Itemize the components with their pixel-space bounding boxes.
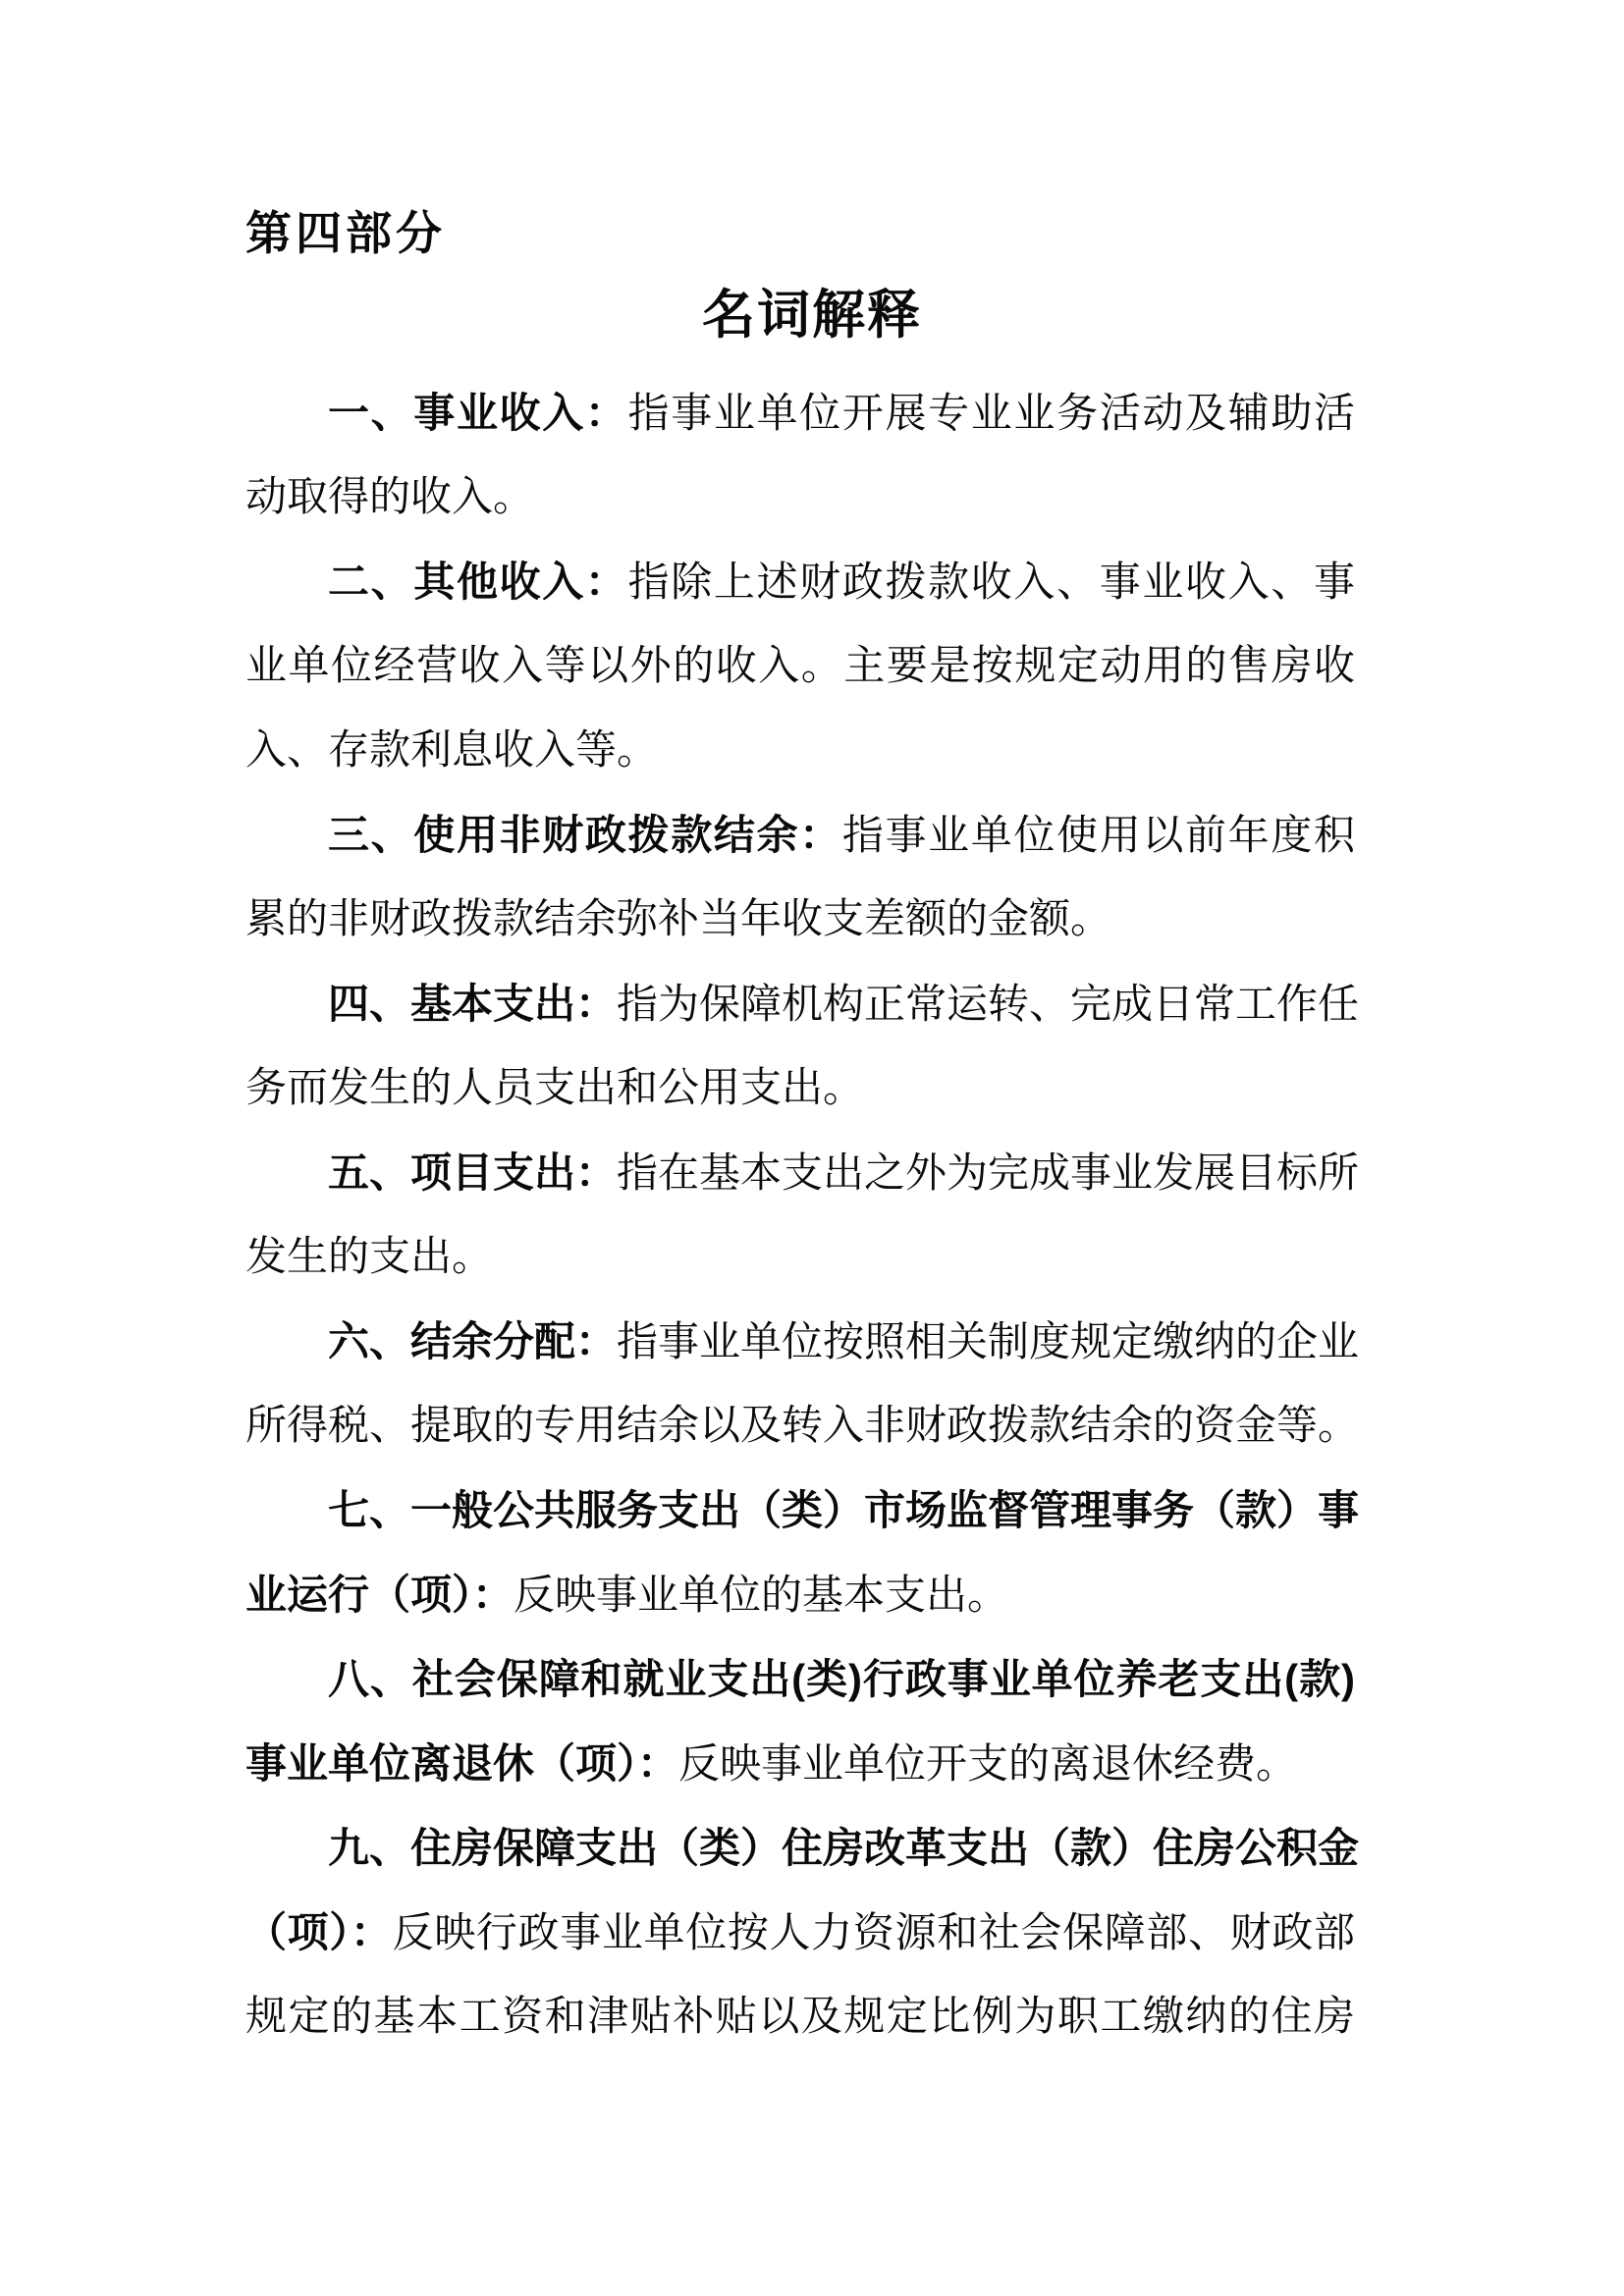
text-line: 七、一般公共服务支出（类）市场监督管理事务（款）事 <box>245 1468 1355 1553</box>
text-line: 入、存款利息收入等。 <box>245 709 1355 793</box>
term-text: 三、使用非财政拨款结余： <box>328 812 842 858</box>
definition-text: 入、存款利息收入等。 <box>245 728 658 774</box>
term-text: 八、社会保障和就业支出(类)行政事业单位养老支出(款) <box>328 1656 1355 1702</box>
definition-text: 指事业单位按照相关制度规定缴纳的企业 <box>617 1320 1359 1365</box>
text-line: 九、住房保障支出（类）住房改革支出（款）住房公积金 <box>245 1806 1355 1891</box>
text-line: 规定的基本工资和津贴补贴以及规定比例为职工缴纳的住房 <box>245 1975 1355 2059</box>
text-line: 一、事业收入：指事业单位开展专业业务活动及辅助活 <box>245 371 1355 455</box>
term-text: 一、事业收入： <box>328 390 628 436</box>
document-page: 第四部分 名词解释 一、事业收入：指事业单位开展专业业务活动及辅助活动取得的收入… <box>0 0 1624 2296</box>
term-text: 九、住房保障支出（类）住房改革支出（款）住房公积金 <box>328 1825 1359 1871</box>
text-line: 五、项目支出：指在基本支出之外为完成事业发展目标所 <box>245 1131 1355 1215</box>
document-title: 名词解释 <box>0 289 1624 342</box>
body-text: 一、事业收入：指事业单位开展专业业务活动及辅助活动取得的收入。二、其他收入：指除… <box>245 371 1355 2059</box>
definition-text: 所得税、提取的专用结余以及转入非财政拨款结余的资金等。 <box>245 1404 1359 1449</box>
definition-text: 业单位经营收入等以外的收入。主要是按规定动用的售房收 <box>245 644 1355 689</box>
definition-text: 反映事业单位开支的离退休经费。 <box>678 1742 1297 1788</box>
definition-text: 累的非财政拨款结余弥补当年收支差额的金额。 <box>245 897 1111 942</box>
term-text: 七、一般公共服务支出（类）市场监督管理事务（款）事 <box>328 1487 1359 1533</box>
definition-text: 指除上述财政拨款收入、事业收入、事 <box>628 561 1355 606</box>
term-text: 业运行（项）： <box>245 1572 514 1618</box>
text-line: 事业单位离退休（项）：反映事业单位开支的离退休经费。 <box>245 1722 1355 1806</box>
text-line: 二、其他收入：指除上述财政拨款收入、事业收入、事 <box>245 540 1355 624</box>
definition-text: 反映事业单位的基本支出。 <box>514 1574 1008 1619</box>
section-heading: 第四部分 <box>245 212 446 258</box>
definition-text: 指在基本支出之外为完成事业发展目标所 <box>617 1151 1359 1197</box>
text-line: 八、社会保障和就业支出(类)行政事业单位养老支出(款) <box>245 1637 1355 1722</box>
definition-text: 指为保障机构正常运转、完成日常工作任 <box>617 983 1359 1028</box>
text-line: 累的非财政拨款结余弥补当年收支差额的金额。 <box>245 878 1355 962</box>
definition-text: 指事业单位使用以前年度积 <box>842 814 1355 859</box>
definition-text: 指事业单位开展专业业务活动及辅助活 <box>628 392 1355 437</box>
term-text: 六、结余分配： <box>328 1318 617 1364</box>
term-text: 五、项目支出： <box>328 1149 617 1196</box>
text-line: 所得税、提取的专用结余以及转入非财政拨款结余的资金等。 <box>245 1384 1355 1468</box>
text-line: 六、结余分配：指事业单位按照相关制度规定缴纳的企业 <box>245 1300 1355 1384</box>
definition-text: 发生的支出。 <box>245 1235 493 1280</box>
term-text: 四、基本支出： <box>328 981 617 1027</box>
definition-text: 务而发生的人员支出和公用支出。 <box>245 1066 864 1111</box>
definition-text: 反映行政事业单位按人力资源和社会保障部、财政部 <box>393 1911 1355 1956</box>
text-line: （项）：反映行政事业单位按人力资源和社会保障部、财政部 <box>245 1891 1355 1975</box>
text-line: 动取得的收入。 <box>245 455 1355 540</box>
text-line: 业运行（项）：反映事业单位的基本支出。 <box>245 1553 1355 1637</box>
term-text: 事业单位离退休（项）： <box>245 1740 678 1787</box>
definition-text: 规定的基本工资和津贴补贴以及规定比例为职工缴纳的住房 <box>245 1995 1355 2040</box>
text-line: 四、基本支出：指为保障机构正常运转、完成日常工作任 <box>245 962 1355 1046</box>
definition-text: 动取得的收入。 <box>245 475 534 520</box>
text-line: 三、使用非财政拨款结余：指事业单位使用以前年度积 <box>245 793 1355 878</box>
text-line: 业单位经营收入等以外的收入。主要是按规定动用的售房收 <box>245 624 1355 709</box>
text-line: 务而发生的人员支出和公用支出。 <box>245 1046 1355 1131</box>
term-text: （项）： <box>245 1909 393 1955</box>
text-line: 发生的支出。 <box>245 1215 1355 1300</box>
term-text: 二、其他收入： <box>328 559 628 605</box>
